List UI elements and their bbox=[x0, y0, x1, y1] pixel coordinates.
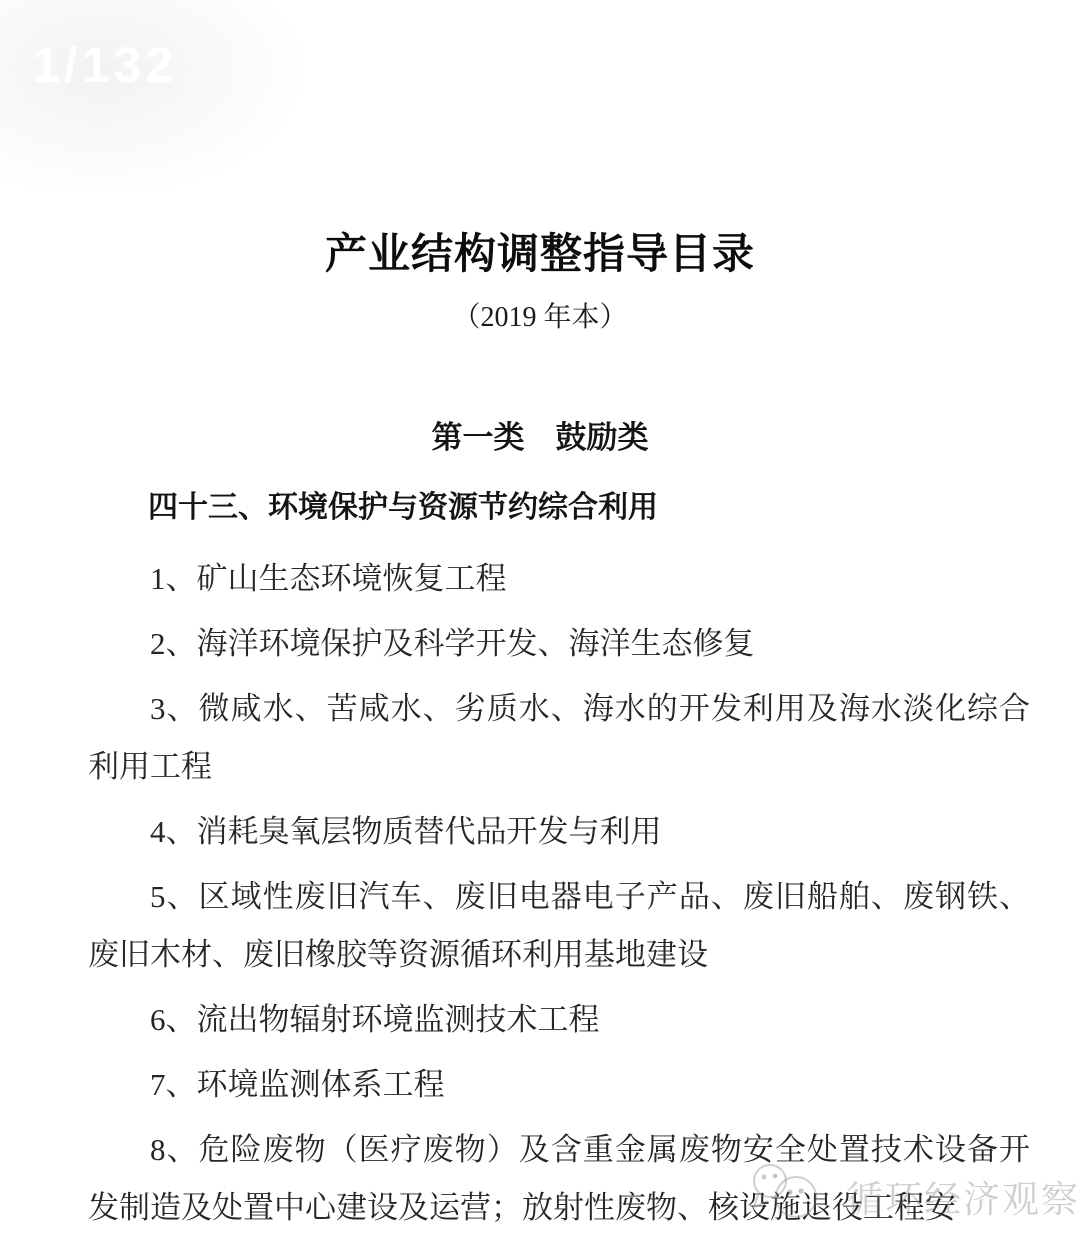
document-subtitle: （2019 年本） bbox=[0, 280, 1080, 334]
list-item: 7、环境监测体系工程 bbox=[88, 1056, 1030, 1114]
items-list: 1、矿山生态环境恢复工程 2、海洋环境保护及科学开发、海洋生态修复 3、微咸水、… bbox=[88, 550, 1030, 1237]
list-item: 6、流出物辐射环境监测技术工程 bbox=[88, 991, 1030, 1049]
list-item: 3、微咸水、苦咸水、劣质水、海水的开发利用及海水淡化综合利用工程 bbox=[88, 680, 1030, 796]
section-heading: 第一类 鼓励类 bbox=[0, 334, 1080, 458]
list-item: 5、区域性废旧汽车、废旧电器电子产品、废旧船舶、废钢铁、废旧木材、废旧橡胶等资源… bbox=[88, 868, 1030, 984]
list-item: 4、消耗臭氧层物质替代品开发与利用 bbox=[88, 803, 1030, 861]
page-indicator: 1/132 bbox=[32, 36, 177, 94]
list-item: 8、危险废物（医疗废物）及含重金属废物安全处置技术设备开发制造及处置中心建设及运… bbox=[88, 1121, 1030, 1237]
chapter-heading: 四十三、环境保护与资源节约综合利用 bbox=[88, 458, 1030, 530]
document-page: 1/132 产业结构调整指导目录 （2019 年本） 第一类 鼓励类 四十三、环… bbox=[0, 0, 1080, 1244]
list-item: 1、矿山生态环境恢复工程 bbox=[88, 550, 1030, 608]
list-item: 2、海洋环境保护及科学开发、海洋生态修复 bbox=[88, 615, 1030, 673]
